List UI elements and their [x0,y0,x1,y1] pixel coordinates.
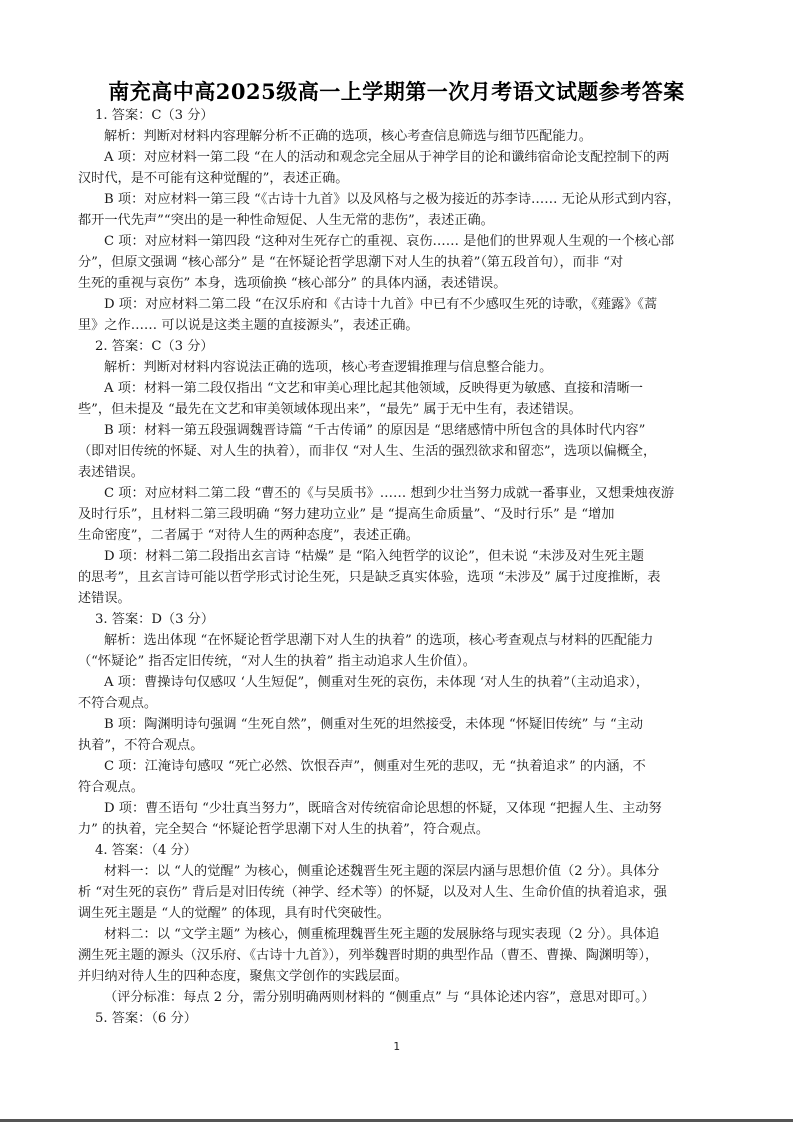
text-line: （评分标准：每点 2 分，需分别明确两则材料的 “侧重点” 与 “具体论述内容”… [104,990,655,1006]
text-line: 溯生死主题的源头（汉乐府、《古诗十九首》），列举魏晋时期的典型作品（曹丕、曹操、… [78,948,658,964]
text-line: A 项：对应材料一第二段 “在人的活动和观念完全屈从于神学目的论和谶纬宿命论支配… [104,150,669,166]
text-line: 1. 答案：C（3 分） [95,108,214,124]
text-line: C 项：对应材料二第二段 “曹丕的《与吴质书》…… 想到少壮当努力成就一番事业，… [104,486,674,502]
text-line: 及时行乐”，且材料二第三段明确 “努力建功立业” 是 “提高生命质量”、“及时行… [78,507,614,523]
text-line: 材料二：以 “文学主题” 为核心，侧重梳理魏晋生死主题的发展脉络与现实表现（2 … [104,927,659,943]
document-page: 南充高中高2025级高一上学期第一次月考语文试题参考答案 1. 答案：C（3 分… [0,0,793,1118]
page-number: 1 [0,1040,793,1053]
text-line: C 项：对应材料一第四段 “这种对生死存亡的重视、哀伤…… 是他们的世界观人生观… [104,234,674,250]
text-line: 生命密度”，二者属于 “对待人生的两种态度”，表述正确。 [78,528,419,544]
text-line: B 项：对应材料一第三段 “《古诗十九首》以及风格与之极为接近的苏李诗…… 无论… [104,192,680,208]
text-line: 解析：判断对材料内容理解分析不正确的选项，核心考查信息筛选与细节匹配能力。 [104,129,592,145]
text-line: A 项：材料一第二段仅指出 “文艺和审美心理比起其他领域，反映得更为敏感、直接和… [104,381,643,397]
text-line: 解析：判断对材料内容说法正确的选项，核心考查逻辑推理与信息整合能力。 [104,360,552,376]
text-line: D 项：材料二第二段指出玄言诗 “枯燥” 是 “陷入纯哲学的议论”，但未说 “未… [104,549,644,565]
text-line: 符合观点。 [78,780,144,796]
text-line: 2. 答案：C（3 分） [95,339,214,355]
text-line: 5. 答案：（6 分） [95,1011,197,1027]
text-line: 材料一：以 “人的觉醒” 为核心，侧重论述魏晋生死主题的深层内涵与思想价值（2 … [104,864,659,880]
text-line: 的思考”，且玄言诗可能以哲学形式讨论生死，只是缺乏真实体验，选项 “未涉及” 属… [78,570,660,586]
text-line: 述错误。 [78,591,131,607]
text-line: 执着”，不符合观点。 [78,738,203,754]
text-line: D 项：对应材料二第二段 “在汉乐府和《古诗十九首》中已有不少感叹生死的诗歌，《… [104,297,657,313]
text-line: 表述错误。 [78,465,144,481]
text-line: 力” 的执着，完全契合 “怀疑论哲学思潮下对人生的执着”，符合观点。 [78,822,489,838]
text-line: C 项：江淹诗句感叹 “死亡必然、饮恨吞声”，侧重对生死的悲叹，无 “执着追求”… [104,759,646,775]
text-line: 并归纳对待人生的四种态度，聚焦文学创作的实践层面。 [78,969,408,985]
text-line: （“怀疑论” 指否定旧传统，“对人生的执着” 指主动追求人生价值）。 [78,654,476,670]
text-line: 些”，但未提及 “最先在文艺和审美领域体现出来”，“最先” 属于无中生有，表述错… [78,402,582,418]
text-line: 生死的重视与哀伤” 本身，选项偷换 “核心部分” 的具体内涵，表述错误。 [78,276,506,292]
text-line: 4. 答案：（4 分） [95,843,197,859]
text-line: 汉时代，是不可能有这种觉醒的”，表述正确。 [78,171,349,187]
text-line: （即对旧传统的怀疑、对人生的执着），而非仅 “对人生、生活的强烈欲求和留恋”，选… [78,444,656,460]
text-line: D 项：曹丕语句 “少壮真当努力”，既暗含对传统宿命论思想的怀疑，又体现 “把握… [104,801,662,817]
text-line: 析 “对生死的哀伤” 背后是对旧传统（神学、经术等）的怀疑，以及对人生、生命价值… [78,885,667,901]
text-line: B 项：陶渊明诗句强调 “生死自然”，侧重对生死的坦然接受，未体现 “怀疑旧传统… [104,717,643,733]
text-line: A 项：曹操诗句仅感叹 ‘人生短促”，侧重对生死的哀伤，未体现 ‘对人生的执着”… [104,675,649,691]
page-title: 南充高中高2025级高一上学期第一次月考语文试题参考答案 [0,76,793,106]
text-line: 不符合观点。 [78,696,157,712]
text-line: 3. 答案：D（3 分） [95,612,214,628]
text-line: 解析：选出体现 “在怀疑论哲学思潮下对人生的执着” 的选项，核心考查观点与材料的… [104,633,653,649]
text-line: 都开一代先声”“突出的是一种性命短促、人生无常的悲伤”，表述正确。 [78,213,494,229]
text-line: 调生死主题是 “人的觉醒” 的体现，具有时代突破性。 [78,906,390,922]
text-line: 分”，但原文强调 “核心部分” 是 “在怀疑论哲学思潮下对人生的执着”（第五段首… [78,255,623,271]
text-line: B 项：材料一第五段强调魏晋诗篇 “千古传诵” 的原因是 “思绪感情中所包含的具… [104,423,645,439]
text-line: 里》之作…… 可以说是这类主题的直接源头”，表述正确。 [78,318,419,334]
